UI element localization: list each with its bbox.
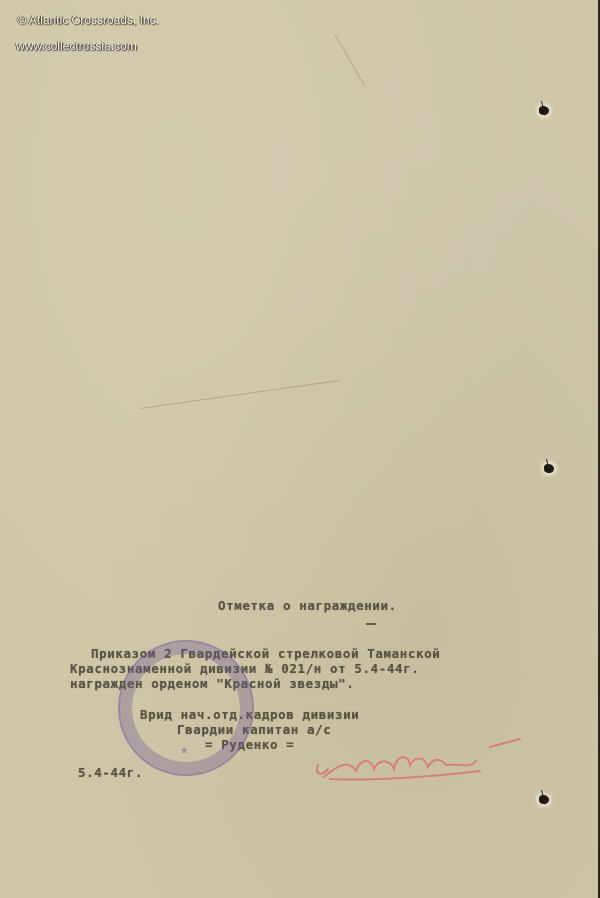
watermark-line-2: www.collectrussia.com — [4, 40, 159, 53]
underline-dash — [366, 623, 376, 625]
punch-hole-icon — [544, 464, 554, 473]
paper-crease — [141, 380, 339, 409]
punch-hole-icon — [539, 795, 549, 804]
document-page: © Atlantic Crossroads, Inc. www.collectr… — [0, 0, 600, 898]
stamp-star-icon: ★ — [180, 742, 188, 758]
copyright-watermark: © Atlantic Crossroads, Inc. www.collectr… — [4, 1, 159, 79]
official-stamp-icon: ★ — [118, 640, 254, 776]
punch-hole-icon — [539, 106, 549, 115]
handwritten-signature-icon — [310, 735, 530, 785]
document-heading: Отметка о награждении. — [218, 598, 397, 613]
watermark-line-1: © Atlantic Crossroads, Inc. — [17, 13, 159, 27]
paper-crease — [335, 34, 366, 86]
document-date: 5.4-44г. — [78, 765, 143, 780]
